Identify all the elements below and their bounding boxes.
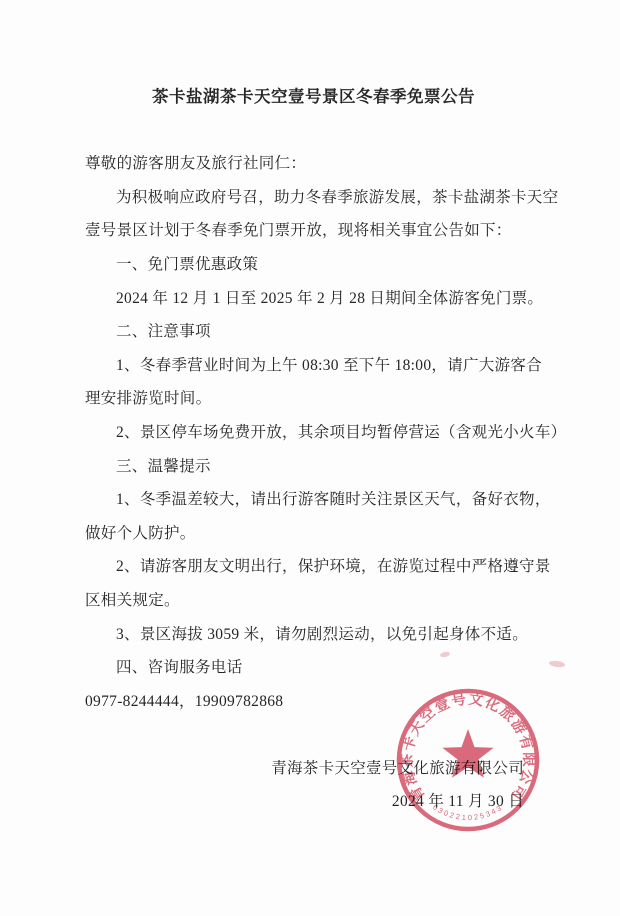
document-line: 二、注意事项 xyxy=(85,315,542,349)
document-line: 三、温馨提示 xyxy=(85,450,542,484)
document-line: 2、景区停车场免费开放，其余项目均暂停营运（含观光小火车） xyxy=(85,416,542,450)
blank-line xyxy=(85,114,542,148)
document-line: 区相关规定。 xyxy=(85,584,542,618)
document-line: 1、冬季温差较大，请出行游客随时关注景区天气，备好衣物， xyxy=(85,483,542,517)
document-line: 尊敬的游客朋友及旅行社同仁： xyxy=(85,147,542,181)
document-line: 2、请游客朋友文明出行，保护环境，在游览过程中严格遵守景 xyxy=(85,550,542,584)
signature-company: 青海茶卡天空壹号文化旅游有限公司 xyxy=(85,752,542,786)
document-line: 理安排游览时间。 xyxy=(85,382,542,416)
blank-line xyxy=(85,718,542,752)
document-page: 茶卡盐湖茶卡天空壹号景区冬春季免票公告 尊敬的游客朋友及旅行社同仁：为积极响应政… xyxy=(0,0,620,916)
document-line: 一、免门票优惠政策 xyxy=(85,248,542,282)
document-line: 壹号景区计划于冬春季免门票开放，现将相关事宜公告如下： xyxy=(85,214,542,248)
body-lines: 尊敬的游客朋友及旅行社同仁：为积极响应政府号召，助力冬春季旅游发展，茶卡盐湖茶卡… xyxy=(85,147,542,718)
document-line: 2024 年 12 月 1 日至 2025 年 2 月 28 日期间全体游客免门… xyxy=(85,282,542,316)
signature-date: 2024 年 11 月 30 日 xyxy=(85,785,542,819)
document-line: 四、咨询服务电话 xyxy=(85,651,542,685)
document-line: 做好个人防护。 xyxy=(85,517,542,551)
document-title: 茶卡盐湖茶卡天空壹号景区冬春季免票公告 xyxy=(85,80,542,114)
document-body: 茶卡盐湖茶卡天空壹号景区冬春季免票公告 尊敬的游客朋友及旅行社同仁：为积极响应政… xyxy=(0,0,620,819)
document-line: 0977-8244444，19909782868 xyxy=(85,685,542,719)
document-line: 为积极响应政府号召，助力冬春季旅游发展，茶卡盐湖茶卡天空 xyxy=(85,181,542,215)
document-line: 3、景区海拔 3059 米，请勿剧烈运动，以免引起身体不适。 xyxy=(85,618,542,652)
document-line: 1、冬春季营业时间为上午 08:30 至下午 18:00，请广大游客合 xyxy=(85,349,542,383)
